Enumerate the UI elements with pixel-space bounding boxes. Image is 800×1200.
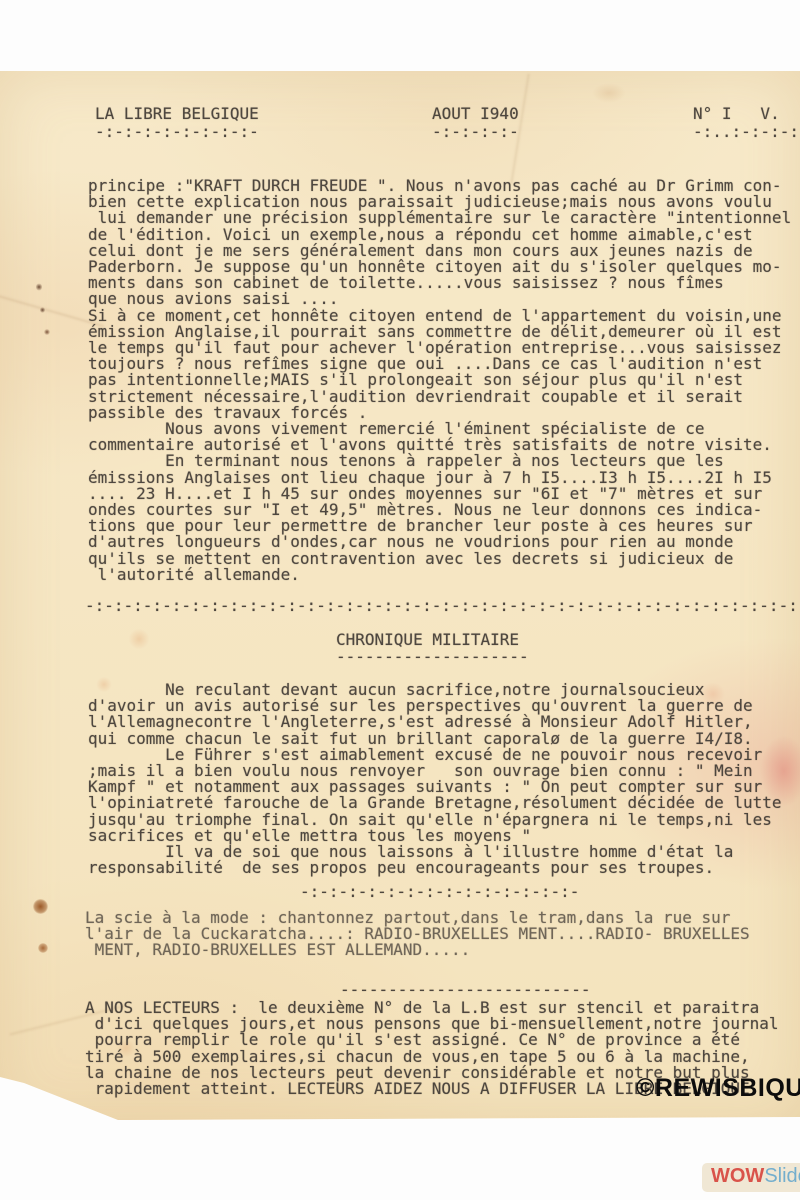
article-chronique-paragraph: Ne reculant devant aucun sacrifice,notre… xyxy=(88,682,782,876)
rust-stain xyxy=(33,899,48,914)
article-radio-paragraph: principe :"KRAFT DURCH FREUDE ". Nous n'… xyxy=(88,178,791,583)
ink-speck xyxy=(40,307,45,313)
scanned-page-viewport: LA LIBRE BELGIQUE -:-:-:-:-:-:-:-:- AOUT… xyxy=(0,0,800,1200)
section-divider-dashes: -------------------------- xyxy=(340,982,590,998)
foxing-blotch xyxy=(592,83,626,103)
wowslider-wow-text: WOW xyxy=(711,1165,764,1187)
ink-speck xyxy=(44,329,50,335)
masthead-issue-rule: -:..:-:-:-:. xyxy=(693,124,800,140)
section-title-rule: -------------------- xyxy=(336,649,529,665)
masthead-issue-number: N° I V. xyxy=(693,106,780,122)
wowslider-slider-text: Slider xyxy=(764,1165,800,1187)
section-divider-colon: -:-:-:-:-:-:-:-:-:-:-:-:-:-:- xyxy=(300,884,579,900)
masthead-date-rule: -:-:-:-:- xyxy=(432,124,519,140)
masthead-title-rule: -:-:-:-:-:-:-:-:- xyxy=(95,124,259,140)
masthead-title: LA LIBRE BELGIQUE xyxy=(95,106,259,122)
section-title-chronique: CHRONIQUE MILITAIRE xyxy=(336,632,519,648)
wowslider-watermark-link[interactable]: WOWSlider xyxy=(702,1163,800,1192)
document-paper: LA LIBRE BELGIQUE -:-:-:-:-:-:-:-:- AOUT… xyxy=(0,71,800,1120)
song-paragraph: La scie à la mode : chantonnez partout,d… xyxy=(85,910,750,959)
masthead-date: AOUT I940 xyxy=(432,106,519,122)
ink-speck xyxy=(36,283,42,291)
foxing-blotch xyxy=(128,629,150,649)
section-divider-full: -:-:-:-:-:-:-:-:-:-:-:-:-:-:-:-:-:-:-:-:… xyxy=(85,598,798,614)
rust-stain xyxy=(38,943,48,953)
copyright-watermark: ©REWISBIQUE xyxy=(636,1074,800,1103)
